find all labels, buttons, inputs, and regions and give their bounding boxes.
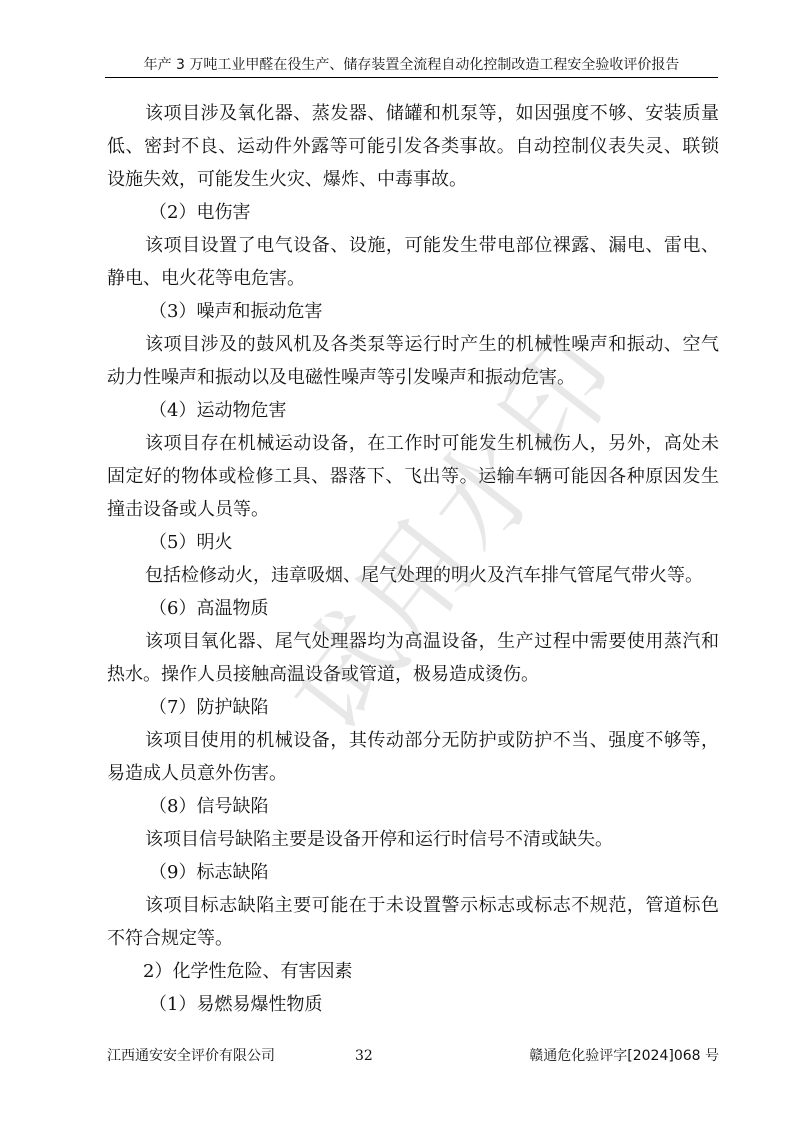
body-line: 设施失效，可能发生火灾、爆炸、中毒事故。 xyxy=(107,163,719,196)
body-line: 该项目涉及的鼓风机及各类泵等运行时产生的机械性噪声和振动、空气 xyxy=(107,328,719,361)
body-line: 该项目氧化器、尾气处理器均为高温设备，生产过程中需要使用蒸汽和 xyxy=(107,625,719,658)
body-line: 静电、电火花等电危害。 xyxy=(107,262,719,295)
page-header: 年产 3 万吨工业甲醛在役生产、储存装置全流程自动化控制改造工程安全验收评价报告 xyxy=(105,55,718,78)
section-heading: （6）高温物质 xyxy=(107,592,719,625)
body-line: 不符合规定等。 xyxy=(107,922,719,955)
body-line: 动力性噪声和振动以及电磁性噪声等引发噪声和振动危害。 xyxy=(107,361,719,394)
section-heading: （2）电伤害 xyxy=(107,196,719,229)
section-heading: （7）防护缺陷 xyxy=(107,691,719,724)
body-line: 该项目设置了电气设备、设施，可能发生带电部位裸露、漏电、雷电、 xyxy=(107,229,719,262)
body-line: 该项目使用的机械设备，其传动部分无防护或防护不当、强度不够等， xyxy=(107,724,719,757)
section-heading: （3）噪声和振动危害 xyxy=(107,295,719,328)
section-heading: （5）明火 xyxy=(107,526,719,559)
body-line: 该项目标志缺陷主要可能在于未设置警示标志或标志不规范，管道标色 xyxy=(107,889,719,922)
body-line: 易造成人员意外伤害。 xyxy=(107,757,719,790)
body-line: 固定好的物体或检修工具、器落下、飞出等。运输车辆可能因各种原因发生 xyxy=(107,460,719,493)
company-name: 江西通安安全评价有限公司 xyxy=(107,1046,275,1066)
body-line: 低、密封不良、运动件外露等可能引发各类事故。自动控制仪表失灵、联锁 xyxy=(107,130,719,163)
report-title: 年产 3 万吨工业甲醛在役生产、储存装置全流程自动化控制改造工程安全验收评价报告 xyxy=(144,57,680,73)
body-line: 撞击设备或人员等。 xyxy=(107,493,719,526)
body-line: 该项目信号缺陷主要是设备开停和运行时信号不清或缺失。 xyxy=(107,823,719,856)
section-heading: 2）化学性危险、有害因素 xyxy=(107,955,719,988)
section-heading: （4）运动物危害 xyxy=(107,394,719,427)
section-heading: （9）标志缺陷 xyxy=(107,856,719,889)
page-footer: 江西通安安全评价有限公司 32 赣通危化验评字[2024]068 号 xyxy=(107,1046,719,1066)
document-body: 该项目涉及氧化器、蒸发器、储罐和机泵等，如因强度不够、安装质量 低、密封不良、运… xyxy=(107,97,719,1021)
report-number: 赣通危化验评字[2024]068 号 xyxy=(529,1046,719,1066)
body-line: 热水。操作人员接触高温设备或管道，极易造成烫伤。 xyxy=(107,658,719,691)
section-heading: （1）易燃易爆性物质 xyxy=(107,988,719,1021)
body-line: 包括检修动火，违章吸烟、尾气处理的明火及汽车排气管尾气带火等。 xyxy=(107,559,719,592)
body-line: 该项目存在机械运动设备，在工作时可能发生机械伤人，另外，高处未 xyxy=(107,427,719,460)
section-heading: （8）信号缺陷 xyxy=(107,790,719,823)
body-line: 该项目涉及氧化器、蒸发器、储罐和机泵等，如因强度不够、安装质量 xyxy=(107,97,719,130)
page-number: 32 xyxy=(355,1046,373,1066)
